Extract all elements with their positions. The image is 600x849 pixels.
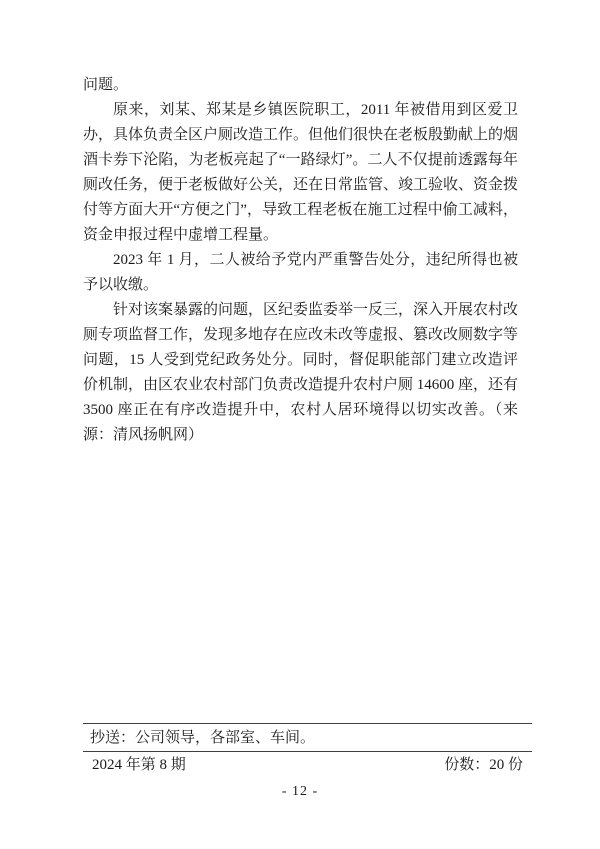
page-number: - 12 - — [0, 784, 600, 800]
issue-number: 2024 年第 8 期 — [92, 757, 186, 774]
paragraph: 原来，刘某、郑某是乡镇医院职工，2011 年被借用到区爱卫办，具体负责全区户厕改… — [83, 98, 518, 248]
cc-line-text: 抄送：公司领导，各部室、车间。 — [90, 730, 315, 746]
footer-meta-row: 2024 年第 8 期 份数：20 份 — [83, 752, 532, 774]
copies-count: 份数：20 份 — [444, 757, 523, 774]
cc-line: 抄送：公司领导，各部室、车间。 — [83, 723, 532, 752]
page-footer: 抄送：公司领导，各部室、车间。 2024 年第 8 期 份数：20 份 — [83, 723, 532, 774]
article-body: 问题。 原来，刘某、郑某是乡镇医院职工，2011 年被借用到区爱卫办，具体负责全… — [83, 73, 518, 448]
paragraph: 2023 年 1 月，二人被给予党内严重警告处分，违纪所得也被予以收缴。 — [83, 248, 518, 298]
paragraph-continuation: 问题。 — [83, 73, 518, 98]
paragraph: 针对该案暴露的问题，区纪委监委举一反三，深入开展农村改厕专项监督工作，发现多地存… — [83, 298, 518, 448]
document-page: 问题。 原来，刘某、郑某是乡镇医院职工，2011 年被借用到区爱卫办，具体负责全… — [0, 0, 600, 849]
